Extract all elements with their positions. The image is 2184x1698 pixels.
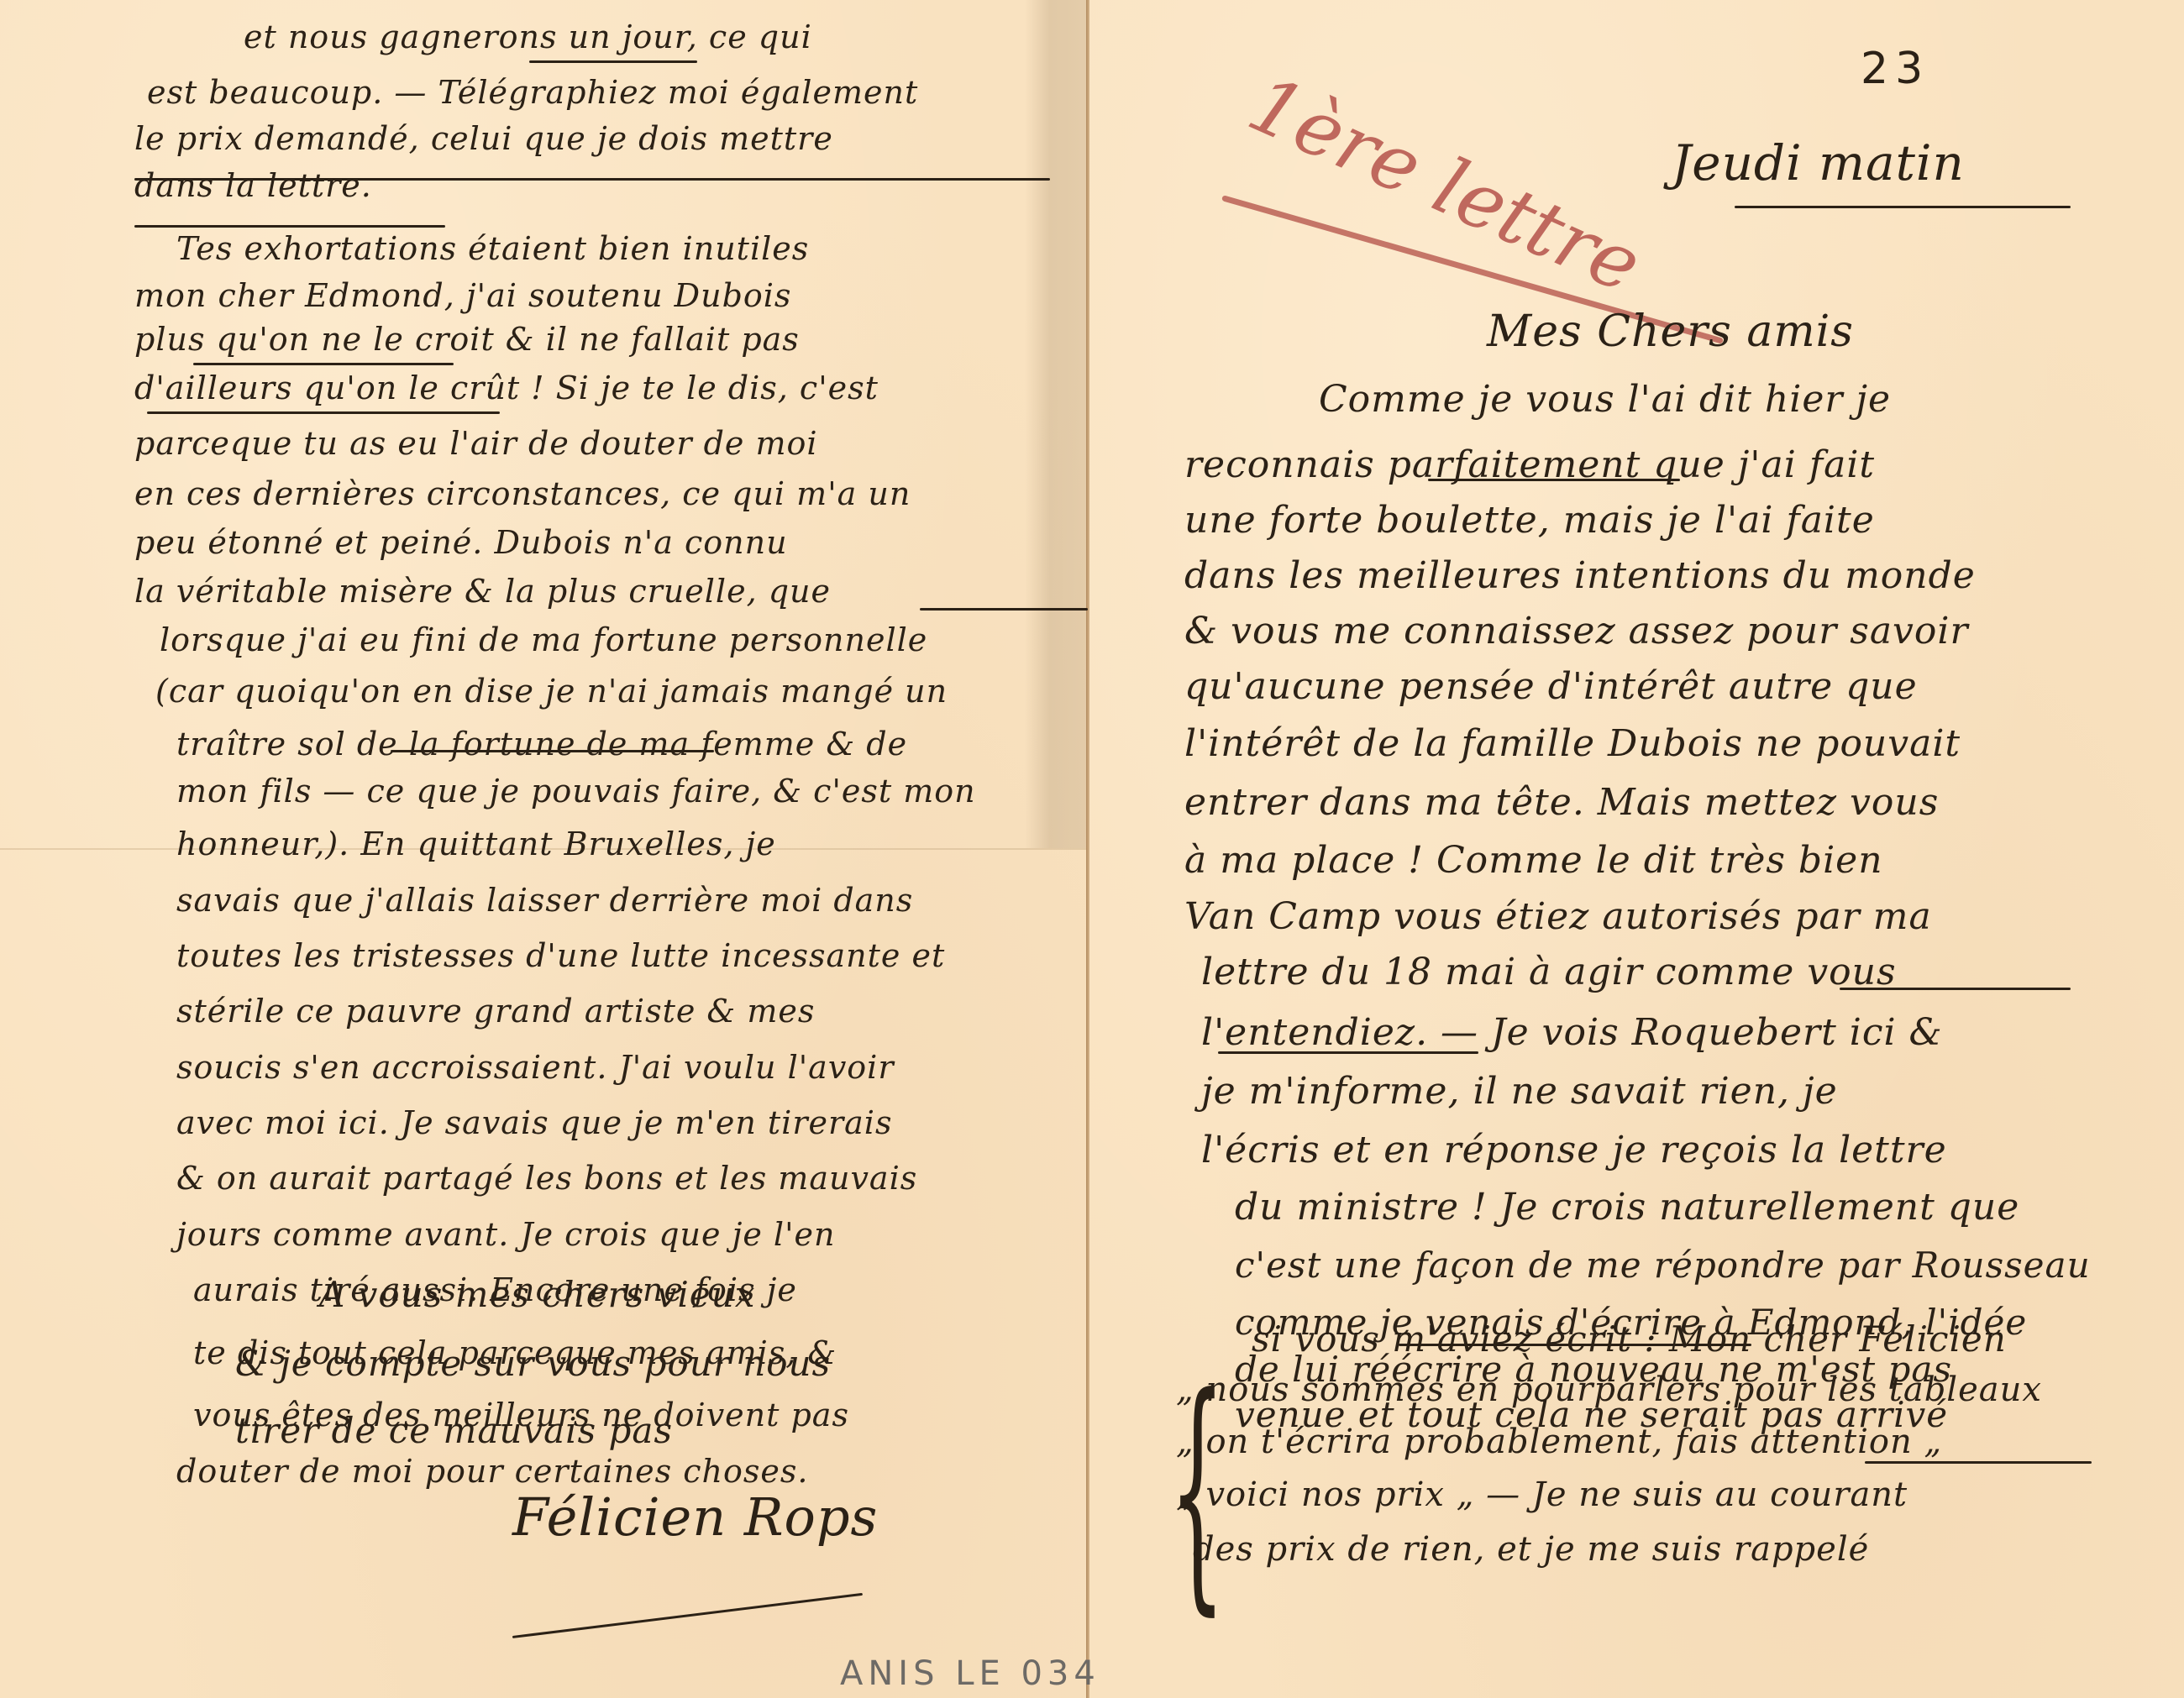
right-line: Comme je vous l'ai dit hier je bbox=[1319, 378, 1891, 421]
underline-rule bbox=[529, 60, 697, 63]
quoted-line: des prix de rien, et je me suis rappelé bbox=[1193, 1530, 1869, 1569]
left-line: plus qu'on ne le croit & il ne fallait p… bbox=[134, 321, 800, 358]
left-line: parceque tu as eu l'air de douter de moi bbox=[134, 425, 818, 462]
underline-rule bbox=[134, 225, 445, 228]
closing-line: tirer de ce mauvais pas bbox=[235, 1410, 673, 1451]
underline-rule bbox=[391, 750, 714, 752]
left-line: jours comme avant. Je crois que je l'en bbox=[176, 1216, 836, 1253]
date-underline bbox=[1735, 206, 2071, 208]
left-line: la véritable misère & la plus cruelle, q… bbox=[134, 573, 831, 610]
underline-rule bbox=[920, 608, 1088, 611]
underline-rule bbox=[1865, 1461, 2092, 1464]
right-line: à ma place ! Comme le dit très bien bbox=[1184, 839, 1883, 882]
closing-line: & je compte sur vous pour nous bbox=[235, 1343, 831, 1384]
archive-stamp: ANIS LE 034 bbox=[840, 1654, 1100, 1693]
right-line: du ministre ! Je crois naturellement que bbox=[1235, 1186, 2019, 1229]
left-line: en ces dernières circonstances, ce qui m… bbox=[134, 475, 911, 512]
quoted-line: „ voici nos prix „ — Je ne suis au coura… bbox=[1176, 1475, 1908, 1514]
quoted-line: „ nous sommes en pourparlers pour les ta… bbox=[1176, 1370, 2042, 1409]
left-line: dans la lettre. bbox=[134, 167, 372, 204]
underline-rule bbox=[1840, 988, 2071, 990]
date: Jeudi matin bbox=[1672, 134, 1965, 191]
quoted-line: „ on t'écrira probablement, fais attenti… bbox=[1176, 1423, 1942, 1461]
right-line: & vous me connaissez assez pour savoir bbox=[1184, 610, 1969, 652]
right-line: l'entendiez. — Je vois Roquebert ici & bbox=[1201, 1011, 1943, 1054]
left-line: savais que j'allais laisser derrière moi… bbox=[176, 882, 913, 919]
fold-shadow bbox=[1025, 0, 1088, 848]
right-line: entrer dans ma tête. Mais mettez vous bbox=[1184, 781, 1939, 824]
left-line: est beaucoup. — Télégraphiez moi égaleme… bbox=[147, 74, 918, 111]
underline-rule bbox=[134, 178, 1050, 181]
left-line: avec moi ici. Je savais que je m'en tire… bbox=[176, 1104, 892, 1141]
left-line: mon fils — ce que je pouvais faire, & c'… bbox=[176, 773, 976, 810]
closing-line: A vous mes chers vieux bbox=[319, 1274, 755, 1315]
left-line: le prix demandé, celui que je dois mettr… bbox=[134, 120, 833, 157]
left-line: (car quoiqu'on en dise je n'ai jamais ma… bbox=[155, 673, 948, 710]
left-line: mon cher Edmond, j'ai soutenu Dubois bbox=[134, 277, 791, 314]
signature: Félicien Rops bbox=[512, 1486, 878, 1548]
right-line: Van Camp vous étiez autorisés par ma bbox=[1184, 895, 1932, 938]
right-line: lettre du 18 mai à agir comme vous bbox=[1201, 951, 1897, 993]
left-line: soucis s'en accroissaient. J'ai voulu l'… bbox=[176, 1049, 895, 1086]
right-line: je m'informe, il ne savait rien, je bbox=[1201, 1070, 1838, 1113]
quoted-line: si vous m'aviez écrit : Mon cher Félicie… bbox=[1252, 1318, 2007, 1360]
right-line: dans les meilleures intentions du monde bbox=[1184, 554, 1976, 597]
page-gutter-fold bbox=[1086, 0, 1089, 1698]
page-number: 23 bbox=[1861, 44, 1929, 94]
left-line: lorsque j'ai eu fini de ma fortune perso… bbox=[160, 621, 927, 658]
left-line: toutes les tristesses d'une lutte incess… bbox=[176, 937, 945, 974]
right-line: qu'aucune pensée d'intérêt autre que bbox=[1184, 665, 1918, 708]
left-line: traître sol de la fortune de ma femme & … bbox=[176, 726, 907, 763]
underline-rule bbox=[1428, 479, 1680, 481]
right-line: l'écris et en réponse je reçois la lettr… bbox=[1201, 1129, 1947, 1171]
left-line: peu étonné et peiné. Dubois n'a connu bbox=[134, 524, 788, 561]
left-line: d'ailleurs qu'on le crût ! Si je te le d… bbox=[134, 369, 879, 406]
left-line: et nous gagnerons un jour, ce qui bbox=[244, 18, 812, 55]
underline-rule bbox=[147, 411, 500, 414]
left-line: honneur,). En quittant Bruxelles, je bbox=[176, 825, 776, 862]
left-line: Tes exhortations étaient bien inutiles bbox=[176, 230, 809, 267]
left-line: & on aurait partagé les bons et les mauv… bbox=[176, 1160, 917, 1197]
left-line: douter de moi pour certaines choses. bbox=[176, 1453, 808, 1490]
underline-rule bbox=[193, 363, 454, 365]
right-line: c'est une façon de me répondre par Rouss… bbox=[1235, 1245, 2091, 1286]
underline-rule bbox=[1218, 1051, 1478, 1054]
salutation: Mes Chers amis bbox=[1487, 307, 1854, 357]
right-line: une forte boulette, mais je l'ai faite bbox=[1184, 499, 1875, 542]
left-line: stérile ce pauvre grand artiste & mes bbox=[176, 993, 815, 1030]
right-line: l'intérêt de la famille Dubois ne pouvai… bbox=[1184, 722, 1961, 765]
